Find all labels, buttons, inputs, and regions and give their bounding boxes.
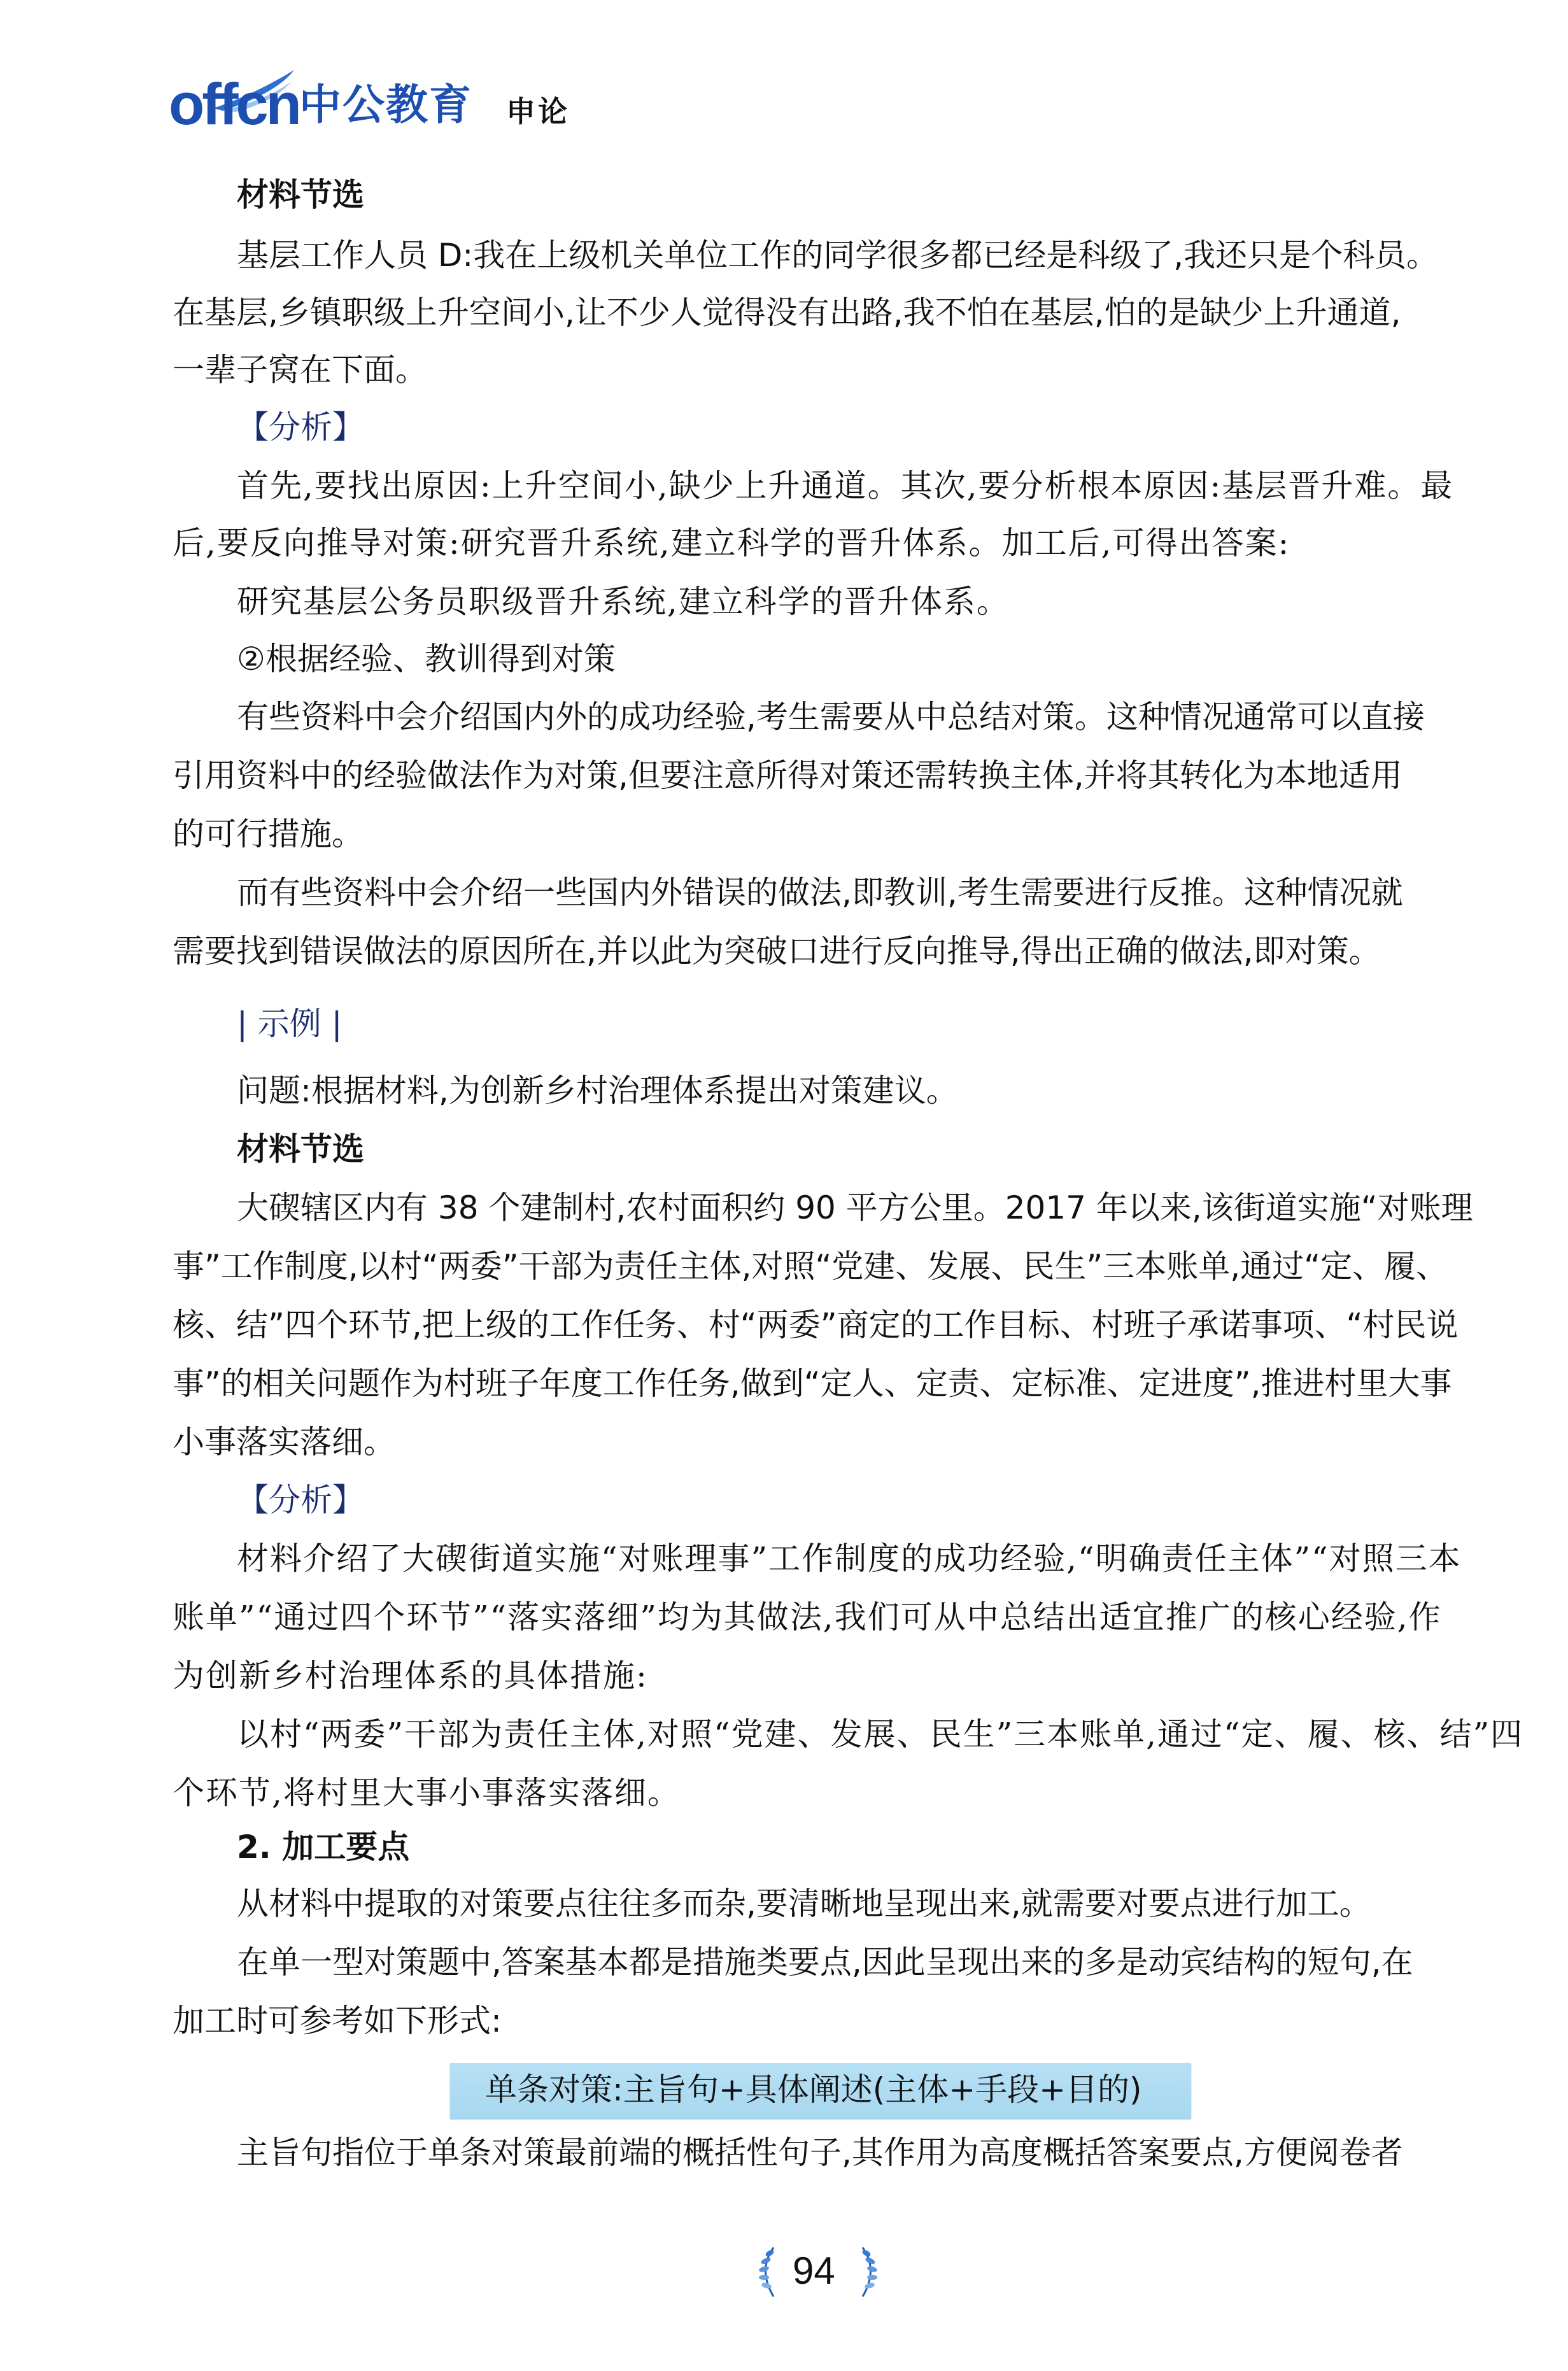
brand-logo-cn: 中公教育 bbox=[299, 83, 472, 127]
paragraph-line: 从材料中提取的对策要点往往多而杂,要清晰地呈现出来,就需要对要点进行加工。 bbox=[237, 1886, 1465, 1922]
material-line: 事”工作制度,以村“两委”干部为责任主体,对照“党建、发展、民生”三本账单,通过… bbox=[173, 1249, 1465, 1284]
analysis-label: 【分析】 bbox=[237, 409, 1465, 445]
material-line: 在基层,乡镇职级上升空间小,让不少人觉得没有出路,我不怕在基层,怕的是缺少上升通… bbox=[173, 295, 1465, 330]
subsection-heading: ②根据经验、教训得到对策 bbox=[237, 641, 1465, 677]
laurel-left-icon bbox=[754, 2244, 780, 2298]
paragraph-line: 主旨句指位于单条对策最前端的概括性句子,其作用为高度概括答案要点,方便阅卷者 bbox=[237, 2135, 1465, 2170]
analysis-line: 为创新乡村治理体系的具体措施: bbox=[173, 1658, 1465, 1694]
section-heading: 2. 加工要点 bbox=[237, 1829, 1465, 1865]
analysis-line: 账单”“通过四个环节”“落实落细”均为其做法,我们可从中总结出适宜推广的核心经验… bbox=[173, 1599, 1465, 1635]
analysis-line: 材料介绍了大碶街道实施“对账理事”工作制度的成功经验,“明确责任主体”“对照三本 bbox=[237, 1541, 1465, 1576]
paragraph-line: 需要找到错误做法的原因所在,并以此为突破口进行反向推导,得出正确的做法,即对策。 bbox=[173, 933, 1465, 969]
analysis-label: 【分析】 bbox=[237, 1482, 1465, 1518]
material-line: 大碶辖区内有 38 个建制村,农村面积约 90 平方公里。2017 年以来,该街… bbox=[237, 1190, 1465, 1226]
analysis-answer: 以村“两委”干部为责任主体,对照“党建、发展、民生”三本账单,通过“定、履、核、… bbox=[237, 1716, 1465, 1752]
material-line: 核、结”四个环节,把上级的工作任务、村“两委”商定的工作目标、村班子承诺事项、“… bbox=[173, 1307, 1465, 1343]
material-line: 事”的相关问题作为村班子年度工作任务,做到“定人、定责、定标准、定进度”,推进村… bbox=[173, 1366, 1465, 1401]
analysis-line: 后,要反向推导对策:研究晋升系统,建立科学的晋升体系。加工后,可得出答案: bbox=[173, 525, 1465, 561]
paragraph-line: 在单一型对策题中,答案基本都是措施类要点,因此呈现出来的多是动宾结构的短句,在 bbox=[237, 1944, 1465, 1980]
material-line: 小事落实落细。 bbox=[173, 1424, 1465, 1460]
material-title: 材料节选 bbox=[237, 177, 1465, 213]
example-label: | 示例 | bbox=[237, 1006, 1465, 1042]
paragraph-line: 有些资料中会介绍国内外的成功经验,考生需要从中总结对策。这种情况通常可以直接 bbox=[237, 699, 1465, 735]
paragraph-line: 的可行措施。 bbox=[173, 816, 1465, 852]
page-number: 94 bbox=[793, 2251, 835, 2291]
material-title: 材料节选 bbox=[237, 1131, 1465, 1167]
paragraph-line: 引用资料中的经验做法作为对策,但要注意所得对策还需转换主体,并将其转化为本地适用 bbox=[173, 758, 1465, 793]
formula-highlight-box: 单条对策:主旨句+具体阐述(主体+手段+目的) bbox=[450, 2063, 1191, 2118]
analysis-answer: 个环节,将村里大事小事落实落细。 bbox=[173, 1775, 1465, 1811]
material-line: 一辈子窝在下面。 bbox=[173, 352, 1465, 388]
material-line: 基层工作人员 D:我在上级机关单位工作的同学很多都已经是科级了,我还只是个科员。 bbox=[237, 237, 1465, 273]
brand-logo-en: offcn bbox=[169, 75, 299, 134]
analysis-answer: 研究基层公务员职级晋升系统,建立科学的晋升体系。 bbox=[237, 584, 1465, 619]
formula-text: 单条对策:主旨句+具体阐述(主体+手段+目的) bbox=[485, 2072, 1142, 2107]
paragraph-line: 而有些资料中会介绍一些国内外错误的做法,即教训,考生需要进行反推。这种情况就 bbox=[237, 875, 1465, 910]
paragraph-line: 加工时可参考如下形式: bbox=[173, 2003, 1465, 2039]
example-question: 问题:根据材料,为创新乡村治理体系提出对策建议。 bbox=[237, 1073, 1465, 1108]
subject-label: 申论 bbox=[506, 96, 570, 127]
laurel-right-icon bbox=[856, 2244, 882, 2298]
analysis-line: 首先,要找出原因:上升空间小,缺少上升通道。其次,要分析根本原因:基层晋升难。最 bbox=[237, 468, 1465, 504]
